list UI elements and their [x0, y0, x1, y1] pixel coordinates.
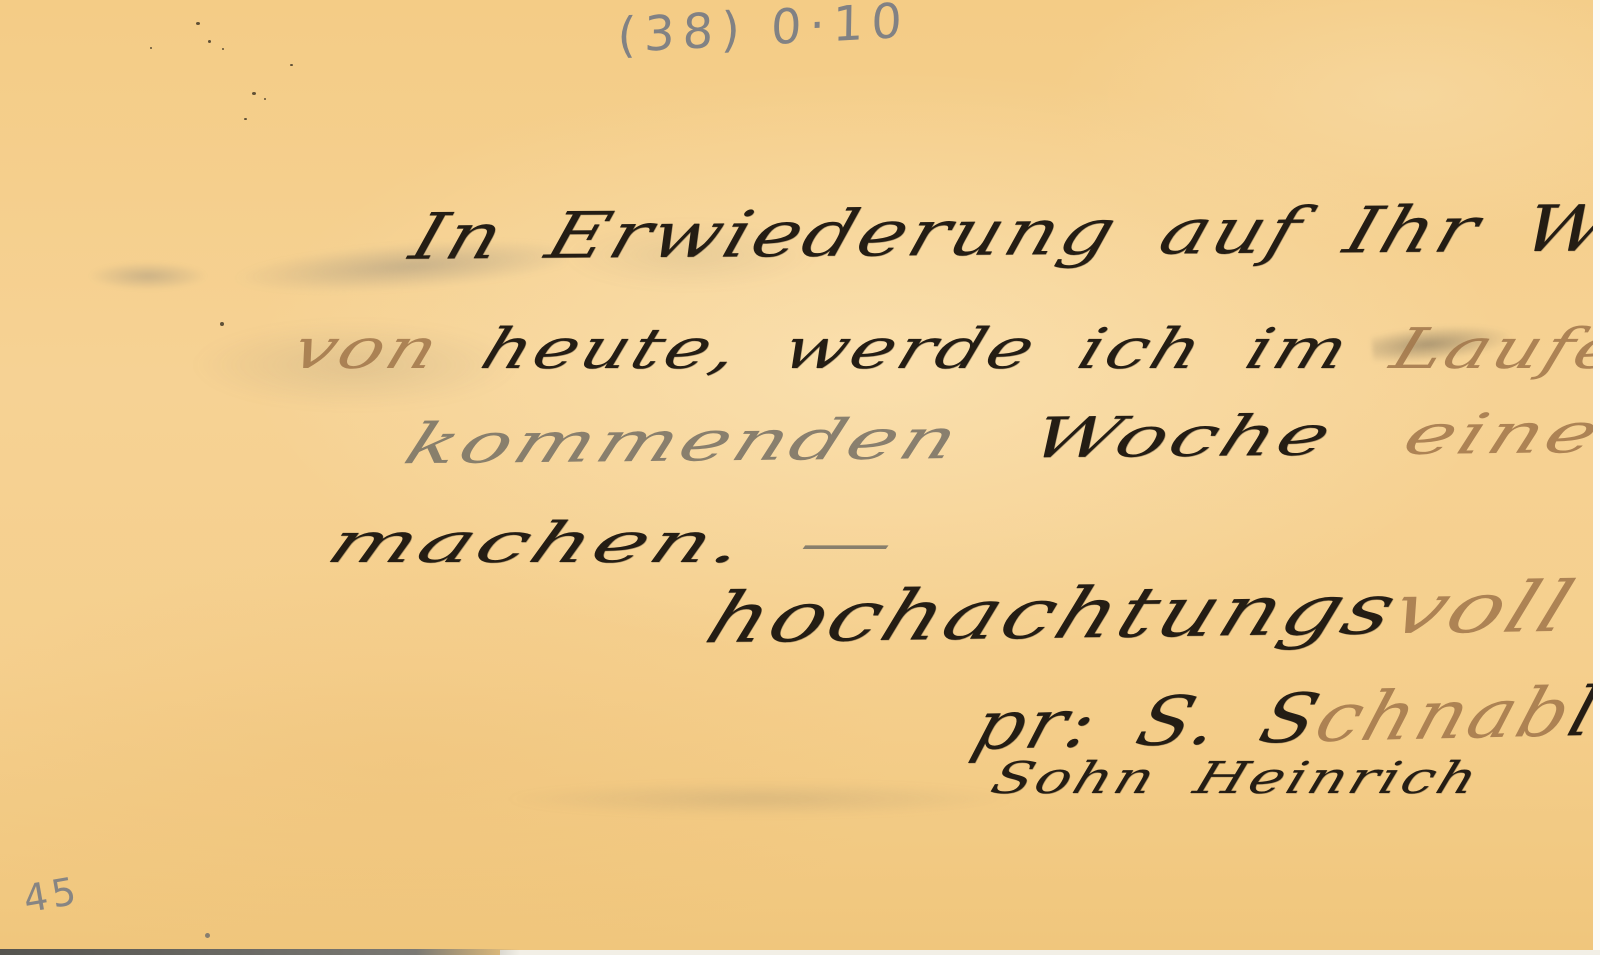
handwriting-segment: Woche: [1022, 403, 1418, 471]
ink-speck: [290, 64, 293, 66]
ink-speck: [264, 98, 266, 100]
pencil-price-annotation: (38) 0·10: [617, 0, 910, 64]
handwriting-segment: Sohn Heinrich: [985, 753, 1487, 804]
ink-speck: [150, 47, 152, 49]
pencil-dot: [205, 933, 210, 938]
scan-edge-bottom-shadow: [0, 949, 520, 955]
postcard-scan: (38) 0·10 45 In Erwiederung auf Ihr Wert…: [0, 0, 1600, 955]
handwriting-segment: eine Sendung: [1395, 397, 1600, 468]
pencil-number-annotation: 45: [20, 868, 83, 921]
ink-speck: [252, 92, 256, 95]
ink-speck: [222, 48, 224, 50]
handwritten-signature-subline: Sohn Heinrich: [807, 702, 1504, 855]
ink-speck: [244, 118, 247, 120]
scan-edge-bottom: [500, 950, 1600, 955]
ink-speck: [208, 40, 211, 43]
scan-edge-right: [1593, 0, 1600, 955]
ink-speck: [196, 22, 200, 25]
